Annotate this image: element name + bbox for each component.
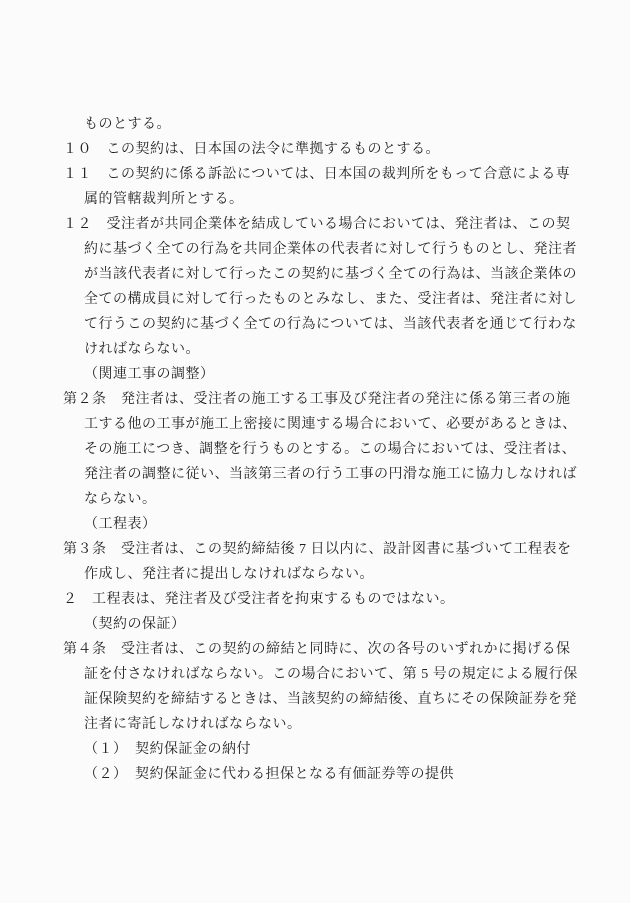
document-page: ものとする。 １０ この契約は、日本国の法令に準拠するものとする。 １１ この契… [0, 0, 630, 903]
article-4-line-3: 証保険契約を締結するときは、当該契約の締結後、直ちにその保険証券を発 [63, 687, 570, 712]
heading-related-construction: （関連工事の調整） [63, 362, 570, 387]
article-2-line-3: その施工につき、調整を行うものとする。この場合においては、受注者は、 [63, 437, 570, 462]
item-11-line-1: １１ この契約に係る訴訟については、日本国の裁判所をもって合意による専 [63, 162, 570, 187]
article-4-line-4: 注者に寄託しなければならない。 [63, 712, 570, 737]
article-4-line-2: 証を付さなければならない。この場合において、第 5 号の規定による履行保 [63, 662, 570, 687]
article-2-line-4: 発注者の調整に従い、当該第三者の行う工事の円滑な施工に協力しなければ [63, 462, 570, 487]
item-12-line-5: て行うこの契約に基づく全ての行為については、当該代表者を通じて行わな [63, 312, 570, 337]
article-2-line-5: ならない。 [63, 487, 570, 512]
article-3-line-2: 作成し、発注者に提出しなければならない。 [63, 562, 570, 587]
item-12-line-2: 約に基づく全ての行為を共同企業体の代表者に対して行うものとし、発注者 [63, 237, 570, 262]
heading-contract-guarantee: （契約の保証） [63, 612, 570, 637]
heading-schedule-table: （工程表） [63, 512, 570, 537]
article-2-line-2: 工する他の工事が施工上密接に関連する場合において、必要があるときは、 [63, 412, 570, 437]
item-10-line: １０ この契約は、日本国の法令に準拠するものとする。 [63, 137, 570, 162]
article-3-para-2-line: ２ 工程表は、発注者及び受注者を拘束するものではない。 [63, 587, 570, 612]
article-4-line-1: 第４条 受注者は、この契約の締結と同時に、次の各号のいずれかに掲げる保 [63, 637, 570, 662]
item-12-line-3: が当該代表者に対して行ったこの契約に基づく全ての行為は、当該企業体の [63, 262, 570, 287]
item-11-line-2: 属的管轄裁判所とする。 [63, 187, 570, 212]
article-2-line-1: 第２条 発注者は、受注者の施工する工事及び発注者の発注に係る第三者の施 [63, 387, 570, 412]
item-12-line-6: ければならない。 [63, 337, 570, 362]
item-12-line-1: １２ 受注者が共同企業体を結成している場合においては、発注者は、この契 [63, 212, 570, 237]
article-4-item-2-line: （２） 契約保証金に代わる担保となる有価証券等の提供 [63, 762, 570, 787]
article-3-line-1: 第３条 受注者は、この契約締結後 7 日以内に、設計図書に基づいて工程表を [63, 537, 570, 562]
para-tail-line: ものとする。 [63, 112, 570, 137]
item-12-line-4: 全ての構成員に対して行ったものとみなし、また、受注者は、発注者に対し [63, 287, 570, 312]
article-4-item-1-line: （１） 契約保証金の納付 [63, 737, 570, 762]
